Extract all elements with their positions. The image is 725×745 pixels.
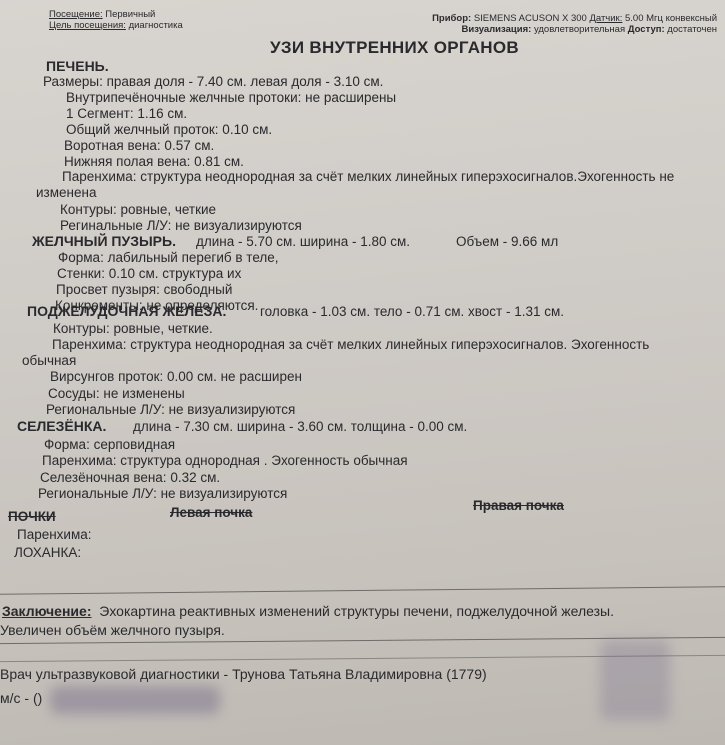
liver-line: Общий желчный проток: 0.10 см.: [66, 122, 272, 138]
spleen-line: Форма: серповидная: [44, 437, 175, 453]
pancreas-line: Контуры: ровные, четкие.: [53, 321, 213, 337]
spleen-line: Паренхима: структура однородная . Эхоген…: [42, 453, 408, 469]
conclusion-text: Эхокартина реактивных изменений структур…: [99, 603, 614, 619]
pancreas-dims: головка - 1.03 см. тело - 0.71 см. хвост…: [260, 304, 564, 320]
liver-line: Размеры: правая доля - 7.40 см. левая до…: [43, 74, 383, 90]
pancreas-line: Региональные Л/У: не визуализируются: [46, 402, 295, 418]
redacted-signature: [50, 686, 220, 714]
visualization-label: Визуализация:: [462, 24, 532, 35]
left-kidney-label: Левая почка: [170, 505, 252, 521]
liver-line: Регинальные Л/У: не визуализируются: [60, 218, 302, 234]
visualization-value: удовлетворительная: [534, 24, 625, 35]
gallbladder-heading: ЖЕЛЧНЫЙ ПУЗЫРЬ.: [32, 233, 176, 249]
conclusion-text-2: Увеличен объём желчного пузыря.: [0, 622, 225, 638]
device-info: Прибор: SIEMENS ACUSON X 300 Датчик: 5.0…: [432, 13, 717, 35]
doctor-signature-line: Врач ультразвуковой диагностики - Трунов…: [0, 666, 487, 682]
sensor-value: 5.00 Мгц конвексный: [625, 13, 717, 24]
report-paper: Посещение: Первичный Цель посещения: диа…: [0, 0, 725, 745]
gallbladder-line: Форма: лабильный перегиб в теле,: [58, 250, 279, 266]
pancreas-line: Паренхима: структура неоднородная за счё…: [52, 337, 649, 353]
spleen-line: Селезёночная вена: 0.32 см.: [40, 470, 220, 486]
spleen-line: Региональные Л/У: не визуализируются: [38, 486, 287, 502]
pancreas-line: Вирсунгов проток: 0.00 см. не расширен: [50, 369, 302, 385]
pancreas-line: Сосуды: не изменены: [48, 386, 185, 402]
redacted-stamp: [600, 640, 670, 720]
page-title: УЗИ ВНУТРЕННИХ ОРГАНОВ: [270, 38, 519, 58]
gallbladder-dims: длина - 5.70 см. ширина - 1.80 см.: [196, 234, 410, 250]
kidney-parenchyma-label: Паренхима:: [17, 527, 92, 543]
liver-line: Паренхима: структура неоднородная за счё…: [62, 169, 674, 185]
gallbladder-volume: Объем - 9.66 мл: [456, 234, 558, 250]
device-label: Прибор:: [432, 13, 471, 24]
kidney-pelvis-label: ЛОХАНКА:: [14, 545, 81, 561]
liver-line: изменена: [36, 185, 96, 201]
visit-label: Посещение:: [49, 9, 103, 20]
spleen-heading: СЕЛЕЗЁНКА.: [17, 418, 106, 434]
conclusion: Заключение: Эхокартина реактивных измене…: [2, 603, 614, 619]
purpose-label: Цель посещения:: [49, 20, 126, 31]
conclusion-label: Заключение:: [2, 603, 91, 619]
gallbladder-line: Просвет пузыря: свободный: [56, 282, 232, 298]
divider-line: [0, 586, 725, 595]
visit-value: Первичный: [105, 9, 155, 20]
nurse-signature-line: м/с - (): [0, 690, 42, 706]
kidneys-heading: ПОЧКИ: [8, 509, 56, 525]
pancreas-heading: ПОДЖЕЛУДОЧНАЯ ЖЕЛЕЗА.: [27, 303, 226, 319]
purpose-value: диагностика: [129, 20, 183, 31]
right-kidney-label: Правая почка: [473, 498, 564, 514]
device-value: SIEMENS ACUSON X 300: [474, 13, 587, 24]
access-value: достаточен: [667, 24, 717, 35]
liver-heading: ПЕЧЕНЬ.: [46, 58, 109, 74]
sensor-label: Датчик:: [589, 13, 622, 24]
access-label: Доступ:: [628, 24, 665, 35]
liver-line: Внутрипечёночные желчные протоки: не рас…: [66, 90, 396, 106]
liver-line: Нижняя полая вена: 0.81 см.: [64, 154, 244, 170]
spleen-dims: длина - 7.30 см. ширина - 3.60 см. толщи…: [133, 419, 467, 435]
gallbladder-line: Стенки: 0.10 см. структура их: [57, 266, 241, 282]
pancreas-line: обычная: [22, 353, 76, 369]
liver-line: 1 Сегмент: 1.16 см.: [66, 106, 187, 122]
liver-line: Контуры: ровные, четкие: [60, 202, 216, 218]
visit-info: Посещение: Первичный Цель посещения: диа…: [49, 9, 183, 31]
liver-line: Воротная вена: 0.57 см.: [64, 138, 214, 154]
